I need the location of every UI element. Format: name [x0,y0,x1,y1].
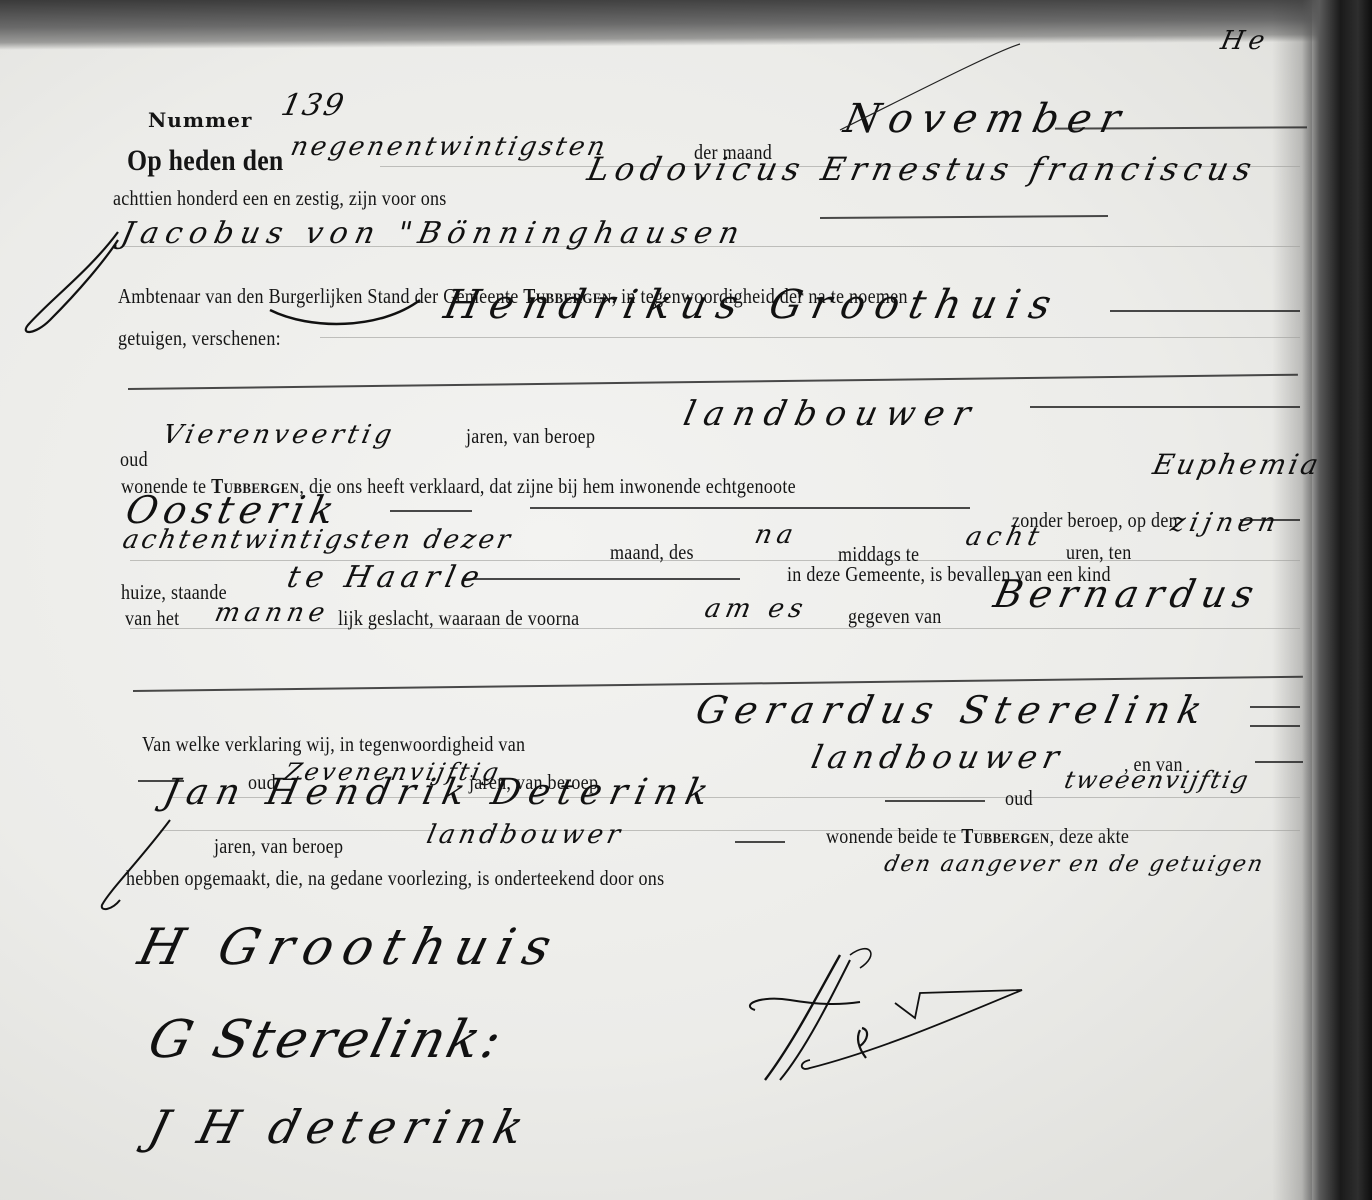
page-top-edge-shadow [0,0,1320,50]
fill-line [390,510,472,512]
printed-text: gegeven van [848,604,942,629]
hand-witness1: Gerardus Sterelink [692,688,1214,732]
hand-child-sex: manne [212,598,332,628]
hand-am-pm: na [752,520,801,550]
hand-signatories: den aangever en de getuigen [882,852,1267,877]
hand-birth-day: achtentwintigsten dezer [120,525,516,555]
hand-witness1-occupation: landbouwer [808,738,1068,776]
hand-birth-place: te Haarle [284,560,488,595]
signature-witness1: G Sterelink: [143,1010,511,1070]
hand-official-names: Lodovicus Ernestus franciscus [584,150,1261,188]
signature-witness2: J H deterink [143,1100,537,1154]
hand-declarant-age: Vierenveertig [160,420,398,450]
printed-text: van het [125,606,179,631]
fill-line [1250,706,1300,708]
number-value: 139 [278,88,349,123]
printed-text: maand, des [610,540,694,565]
hand-day: negenentwintigsten [288,132,611,162]
fill-line [1255,761,1303,763]
printed-text: oud [120,447,148,472]
fill-line [128,374,1298,390]
printed-text: jaren, van beroep [214,834,343,859]
fill-line [885,800,985,802]
binding-edge [1302,0,1372,1200]
fill-line [1110,310,1300,312]
guide-line [130,628,1300,629]
printed-text: Op heden den [127,144,284,177]
printed-text: oud [1005,786,1033,811]
hand-official-surname: Jacobus von "Bönninghausen [118,216,749,251]
printed-text: wonende beide te Tubbergen, deze akte [826,824,1129,849]
hand-declarant: Hendrikus Groothuis [440,282,1065,328]
hand-birth-hour: acht [963,522,1047,552]
fill-line [530,507,970,509]
fill-line [1030,406,1300,408]
fill-line [735,841,785,843]
hand-month: November [840,96,1133,142]
printed-text: , deze akte [1050,824,1130,848]
hand-witness2-occupation: landbouwer [424,820,627,850]
printed-text: Van welke verklaring wij, in tegenwoordi… [142,732,525,757]
number-label: Nummer [148,108,252,132]
printed-text: , die ons heeft verklaard, dat zijne bij… [299,474,795,498]
printed-text: Op heden den [127,144,284,178]
printed-text: achttien honderd een en zestig, zijn voo… [113,186,447,211]
printed-text: wonende beide te [826,824,957,848]
register-page: He Nummer 139 Op heden den negenentwinti… [0,0,1372,1200]
guide-line [320,337,1300,338]
fill-line [465,578,740,580]
municipality-name: Tubbergen [961,824,1049,848]
printed-text: lijk geslacht, waaraan de voorna [338,606,579,631]
printed-text: huize, staande [121,580,227,605]
hand-name-suffix: am es [702,594,811,624]
printed-text: hebben opgemaakt, die, na gedane voorlez… [126,866,664,891]
hand-witness2-age: tweeenvijftig [1062,766,1252,794]
fill-line [1250,725,1300,727]
hand-witness2: Jan Hendrik Deterink [160,772,720,813]
hand-child-name: Bernardus [990,572,1265,616]
printed-text: jaren, van beroep [466,424,595,449]
official-paraph [750,949,1022,1080]
page-mark: He [1218,26,1272,56]
printed-text: getuigen, verschenen: [118,326,281,351]
hand-house: zijnen [1168,508,1283,538]
hand-wife-firstname: Euphemia [1150,448,1324,481]
signature-declarant: H Groothuis [133,918,567,976]
fill-line [820,215,1108,219]
hand-declarant-occupation: landbouwer [680,394,983,434]
